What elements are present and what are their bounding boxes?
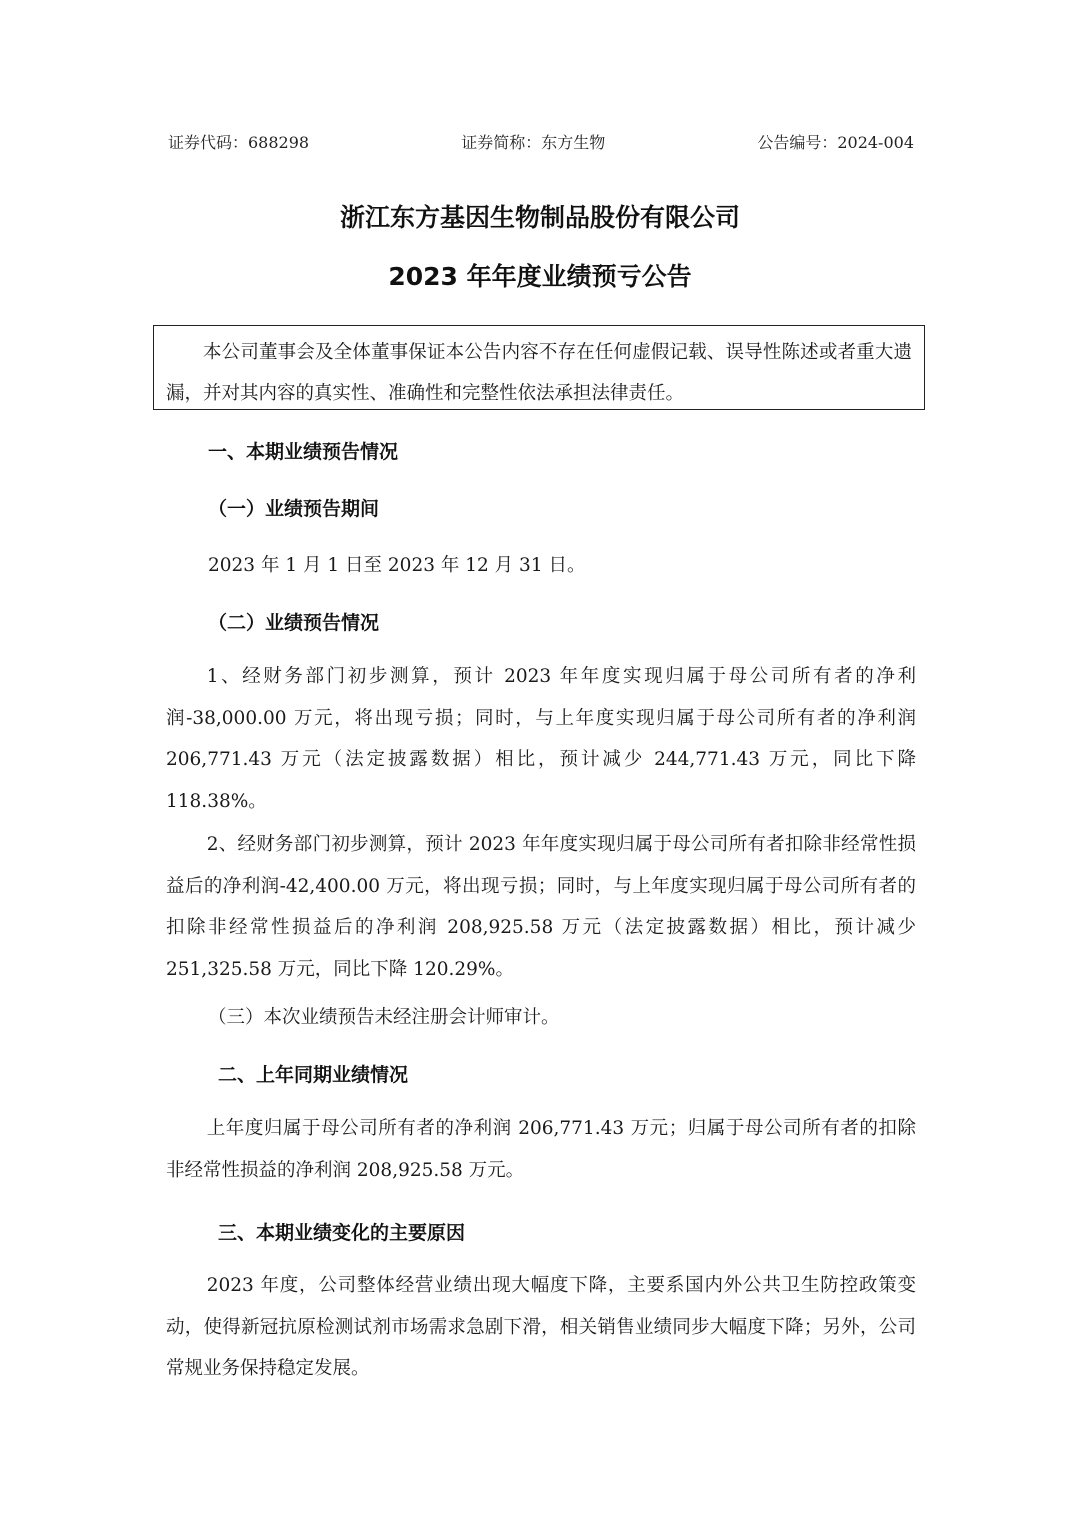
section-1-heading: 一、本期业绩预告情况 — [208, 437, 398, 464]
audit-note: （三）本次业绩预告未经注册会计师审计。 — [208, 1003, 560, 1029]
section-1-1-heading: （一）业绩预告期间 — [208, 494, 379, 521]
disclaimer-box: 本公司董事会及全体董事保证本公告内容不存在任何虚假记载、误导性陈述或者重大遗漏，… — [153, 325, 925, 410]
forecast-period-text: 2023 年 1 月 1 日至 2023 年 12 月 31 日。 — [208, 551, 585, 577]
change-reasons: 2023 年度，公司整体经营业绩出现大幅度下降，主要系国内外公共卫生防控政策变动… — [166, 1265, 916, 1390]
announcement-title: 2023 年年度业绩预亏公告 — [0, 257, 1080, 293]
document-header: 证券代码：688298 证券简称：东方生物 公告编号：2024-004 — [168, 130, 914, 153]
forecast-item-2-text: 2、经财务部门初步测算，预计 2023 年年度实现归属于母公司所有者扣除非经常性… — [166, 824, 916, 990]
company-title: 浙江东方基因生物制品股份有限公司 — [0, 198, 1080, 234]
prior-year-results: 上年度归属于母公司所有者的净利润 206,771.43 万元；归属于母公司所有者… — [166, 1108, 916, 1191]
announcement-number: 公告编号：2024-004 — [757, 130, 914, 153]
change-reasons-text: 2023 年度，公司整体经营业绩出现大幅度下降，主要系国内外公共卫生防控政策变动… — [166, 1265, 916, 1390]
section-1-2-heading: （二）业绩预告情况 — [208, 608, 379, 635]
section-2-heading: 二、上年同期业绩情况 — [218, 1060, 408, 1087]
section-3-heading: 三、本期业绩变化的主要原因 — [218, 1218, 465, 1245]
stock-name: 证券简称：东方生物 — [461, 130, 605, 153]
disclaimer-text: 本公司董事会及全体董事保证本公告内容不存在任何虚假记载、误导性陈述或者重大遗漏，… — [166, 332, 912, 414]
forecast-item-1-text: 1、经财务部门初步测算，预计 2023 年年度实现归属于母公司所有者的净利润-3… — [166, 656, 916, 822]
stock-code: 证券代码：688298 — [168, 130, 309, 153]
forecast-item-2: 2、经财务部门初步测算，预计 2023 年年度实现归属于母公司所有者扣除非经常性… — [166, 824, 916, 990]
forecast-item-1: 1、经财务部门初步测算，预计 2023 年年度实现归属于母公司所有者的净利润-3… — [166, 656, 916, 822]
prior-year-results-text: 上年度归属于母公司所有者的净利润 206,771.43 万元；归属于母公司所有者… — [166, 1108, 916, 1191]
